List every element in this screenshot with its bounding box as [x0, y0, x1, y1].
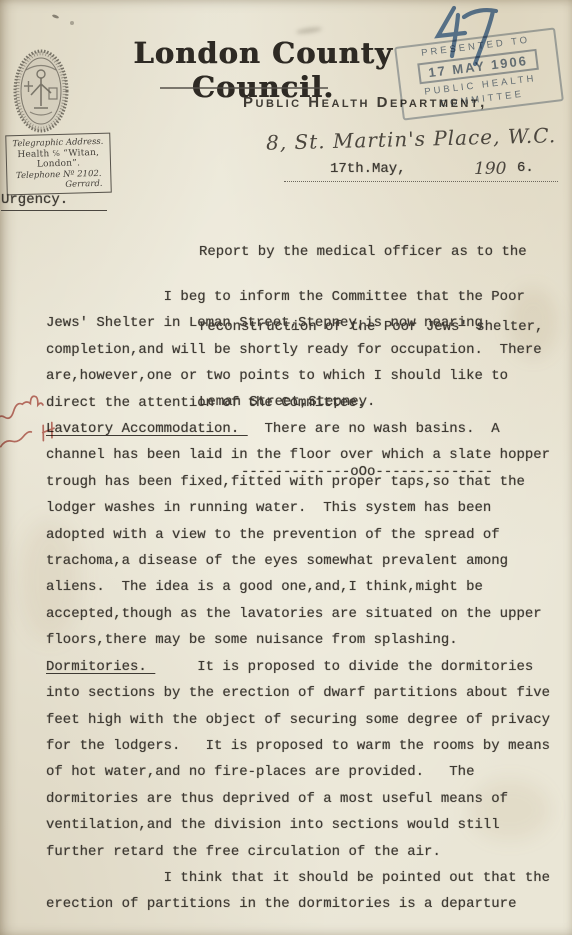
- typed-line: dormitories are thus deprived of a most …: [46, 786, 566, 812]
- urgency-label: Urgency.: [1, 192, 107, 211]
- typed-line: erection of partitions in the dormitorie…: [46, 891, 566, 917]
- telegraph-line: Health ℅ “Witan, London”.: [9, 147, 109, 171]
- letter-page: London County Council. Public Health Dep…: [0, 0, 572, 935]
- handwritten-page-number: [418, 0, 508, 73]
- typed-line: of hot water,and no fire-places are prov…: [46, 759, 566, 785]
- printed-year-prefix: 190: [474, 159, 506, 179]
- telegraphic-address-box: Telegraphic Address. Health ℅ “Witan, Lo…: [5, 133, 112, 195]
- ink-smudge: [52, 14, 60, 19]
- red-margin-annotation: [0, 390, 66, 457]
- typed-line: direct the attention of the Committee.: [46, 390, 566, 416]
- typed-line: adopted with a view to the prevention of…: [46, 522, 566, 548]
- typed-line: completion,and will be shortly ready for…: [46, 337, 566, 363]
- title-rule: [160, 87, 328, 89]
- ink-smudge: [296, 26, 322, 35]
- typed-line: trough has been fixed,fitted with proper…: [46, 469, 566, 495]
- ink-smudge: [70, 21, 74, 25]
- typed-line: feet high with the object of securing so…: [46, 707, 566, 733]
- typed-line: Lavatory Accommodation. There are no was…: [46, 416, 566, 442]
- typed-line: floors,there may be some nuisance from s…: [46, 627, 566, 653]
- typed-line: lodger washes in running water. This sys…: [46, 495, 566, 521]
- typed-line: channel has been laid in the floor over …: [46, 442, 566, 468]
- date-line: 17th.May, 190 6.: [284, 158, 558, 182]
- typed-line: trachoma,a disease of the eyes somewhat …: [46, 548, 566, 574]
- body-text: I beg to inform the Committee that the P…: [46, 284, 566, 918]
- typed-line: Jews' Shelter in Leman Street,Stepney,is…: [46, 310, 566, 336]
- london-county-council-seal-icon: [12, 48, 70, 139]
- typed-line: further retard the free circulation of t…: [46, 839, 566, 865]
- heading-line: Report by the medical officer as to the: [199, 240, 543, 265]
- typed-line: into sections by the erection of dwarf p…: [46, 680, 566, 706]
- typed-line: Dormitories. It is proposed to divide th…: [46, 654, 566, 680]
- typed-line: are,however,one or two points to which I…: [46, 363, 566, 389]
- typed-line: for the lodgers. It is proposed to warm …: [46, 733, 566, 759]
- typed-line: aliens. The idea is a good one,and,I thi…: [46, 574, 566, 600]
- typed-line: I think that it should be pointed out th…: [46, 865, 566, 891]
- typed-date: 17th.May,: [330, 161, 406, 177]
- typed-line: I beg to inform the Committee that the P…: [46, 284, 566, 310]
- street-address: 8, St. Martin's Place, W.C.: [266, 123, 557, 155]
- typed-line: accepted,though as the lavatories are si…: [46, 601, 566, 627]
- typed-year-digit: 6.: [517, 160, 534, 176]
- typed-line: ventilation,and the division into sectio…: [46, 812, 566, 838]
